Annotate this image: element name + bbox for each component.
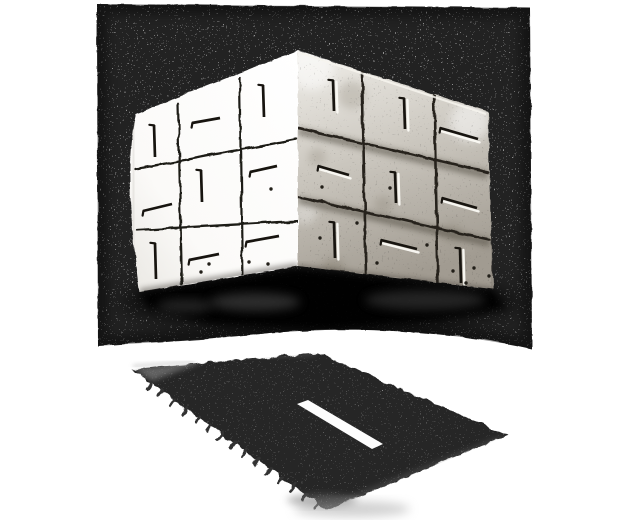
slot-depth-serif [149, 125, 154, 126]
blemish-dot [472, 266, 475, 269]
mat-fringe-tassel [279, 476, 284, 482]
mat-fringe-tassel [231, 442, 236, 448]
mat-smudge [287, 494, 357, 506]
slot-depth-serif [192, 123, 193, 128]
blemish-dot [451, 269, 454, 272]
mat-fringe-tassel [243, 451, 248, 457]
slot-cut [263, 85, 264, 117]
mat-grain-fine [125, 348, 515, 516]
slot-depth-serif [246, 242, 247, 247]
blemish-dot [388, 186, 391, 189]
slot-depth-serif [328, 80, 333, 81]
blemish-dot [247, 260, 250, 263]
slot-depth-serif [442, 198, 443, 203]
slot-cut [155, 243, 156, 279]
shadow-reflection [365, 290, 485, 310]
slot-depth-serif [196, 170, 201, 171]
mat-fringe-tassel [207, 425, 212, 431]
mat-fringe-tassel [219, 433, 224, 439]
illustration [0, 0, 624, 520]
slot-depth-serif [381, 240, 382, 245]
slot-cut [333, 80, 334, 111]
shadow-reflection [157, 299, 213, 313]
slot-depth-serif [189, 260, 190, 265]
slot-depth-serif [329, 222, 334, 223]
blemish-dot [355, 221, 358, 224]
blemish-dot [207, 262, 210, 265]
mat-fringe-tassel [147, 382, 152, 388]
slot-cut [404, 98, 405, 129]
slot-highlight [463, 250, 464, 285]
page-background [0, 0, 624, 520]
slot-depth-serif [399, 98, 404, 99]
shadow-reflection [210, 293, 300, 311]
blemish-dot [487, 274, 490, 277]
blemish-dot [199, 270, 202, 273]
slot-depth-serif [318, 166, 319, 171]
mat-fringe-tassel [267, 468, 272, 474]
slot-cut [460, 248, 461, 283]
slot-highlight [337, 224, 338, 260]
mat-fringe-tassel [195, 416, 200, 422]
slot-mat [125, 348, 515, 517]
slot-depth-serif [455, 248, 460, 249]
mat-fringe-tassel [255, 459, 260, 465]
blemish-dot [266, 262, 269, 265]
slot-cut [334, 222, 335, 258]
slot-cut [154, 125, 155, 157]
blemish-dot [464, 281, 467, 284]
mat-fringe-tassel [171, 399, 176, 405]
slot-highlight [398, 174, 399, 205]
slot-depth-serif [440, 128, 441, 133]
blemish-dot [375, 261, 378, 264]
slot-depth-serif [258, 85, 263, 86]
blemish-dot [425, 243, 428, 246]
slot-cut [201, 170, 202, 202]
slot-depth-serif [250, 172, 251, 177]
slot-depth-serif [150, 243, 155, 244]
mat-fringe-tassel [159, 391, 164, 397]
blemish-dot [320, 185, 323, 188]
blemish-dot [269, 187, 272, 190]
slot-depth-serif [143, 211, 144, 216]
slot-cut [395, 172, 396, 203]
mat-fringe-tassel [183, 408, 188, 414]
mat-fringe-tassel [291, 485, 296, 491]
blemish-dot [318, 236, 321, 239]
slot-highlight [407, 100, 408, 131]
slot-highlight [336, 82, 337, 113]
slot-depth-serif [390, 172, 395, 173]
